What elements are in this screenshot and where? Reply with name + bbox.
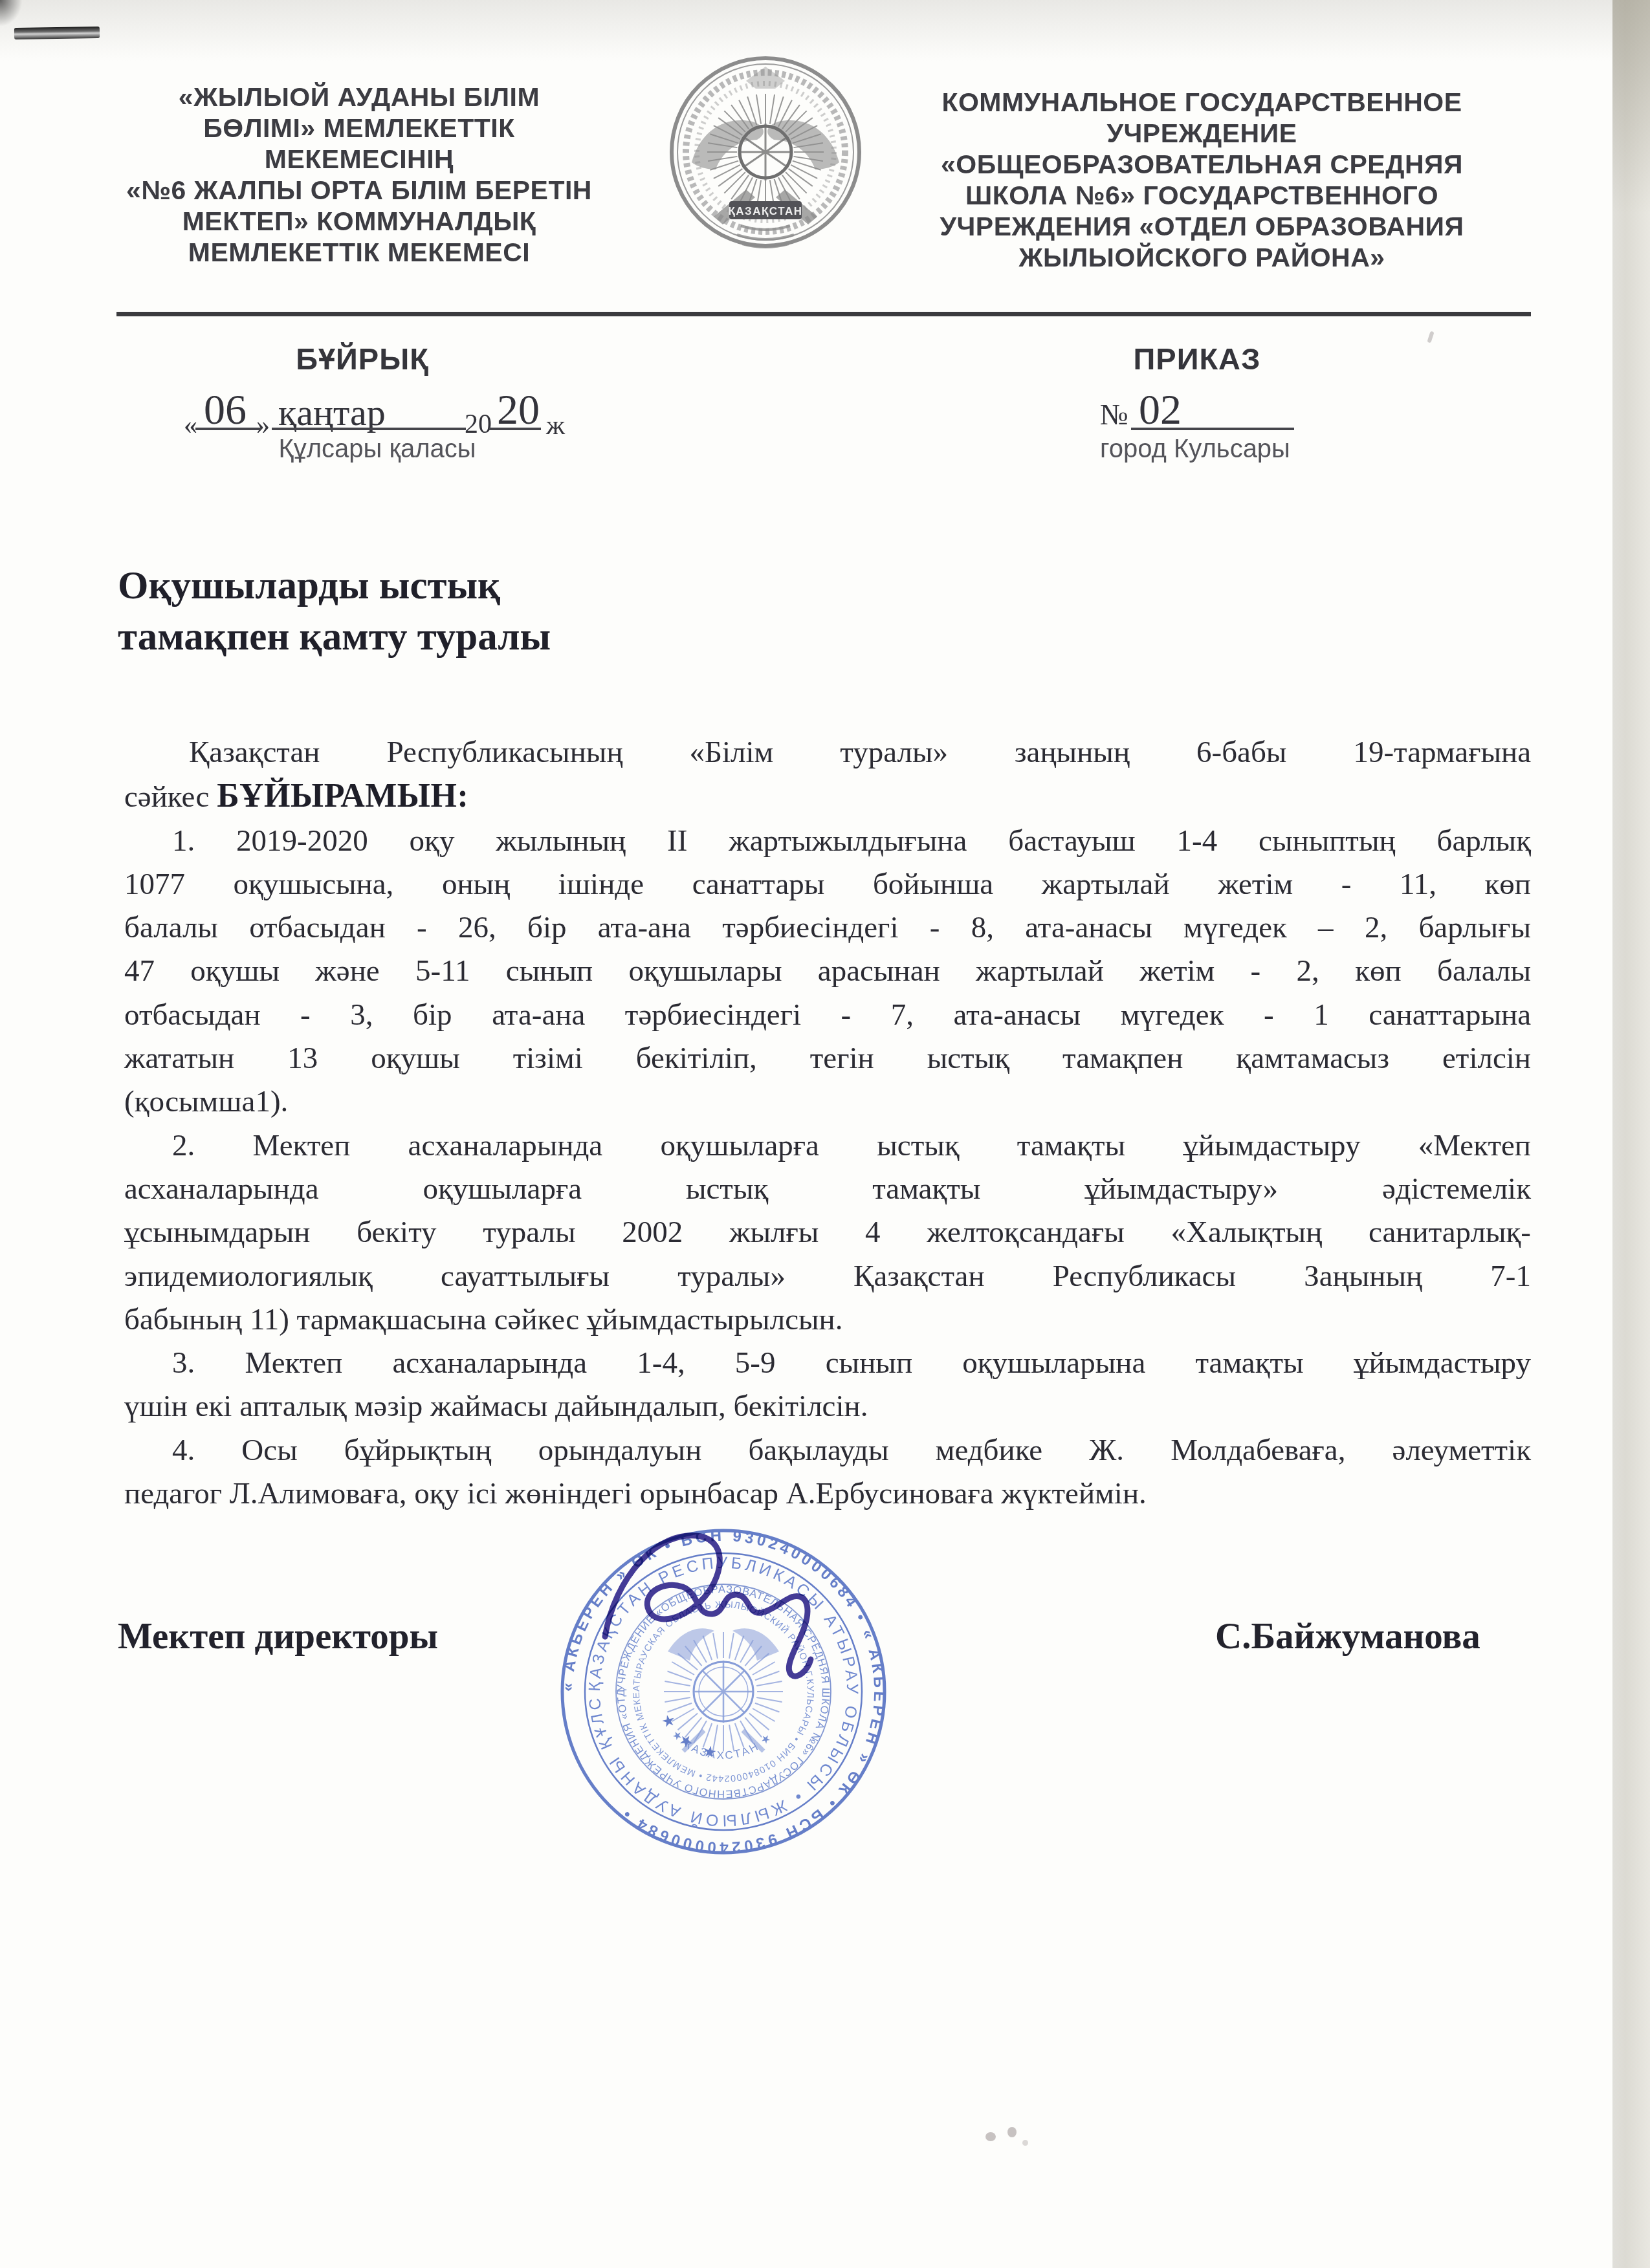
number-underline: [1131, 428, 1294, 430]
body-line: асханаларында оқушыларға ыстық тамақты ұ…: [124, 1168, 1531, 1211]
text-line: МЕКЕМЕСІНІҢ: [113, 144, 605, 175]
text-line: МЕМЛЕКЕТТІК МЕКЕМЕСІ: [113, 237, 605, 268]
signer-name: С.Байжуманова: [1215, 1615, 1480, 1657]
body-line: 1. 2019-2020 оқу жылының ІІ жартыжылдығы…: [124, 820, 1531, 863]
body-line: отбасыдан - 3, бір ата-ана тәрбиесіндегі…: [124, 994, 1531, 1037]
body-line: 2. Мектеп асханаларында оқушыларға ыстық…: [124, 1124, 1531, 1168]
text-line: Оқушыларды ыстық: [118, 560, 551, 611]
date-day-underline: [195, 428, 261, 430]
text-line: УЧРЕЖДЕНИЕ: [899, 118, 1504, 149]
handwritten-signature: [586, 1517, 844, 1711]
emblem-graphic: ҚАЗАҚСТАН: [668, 55, 863, 256]
body-line: (қосымша1).: [124, 1080, 1531, 1124]
place-label-russian: город Кульсары: [1100, 435, 1307, 464]
body-line: бабының 11) тармақшасына сәйкес ұйымдаст…: [124, 1298, 1531, 1342]
body-line: 1077 оқушысына, оның ішінде санаттары бо…: [124, 863, 1531, 906]
text-line: «ЖЫЛЫОЙ АУДАНЫ БІЛІМ: [113, 82, 605, 113]
scanned-order-document: «ЖЫЛЫОЙ АУДАНЫ БІЛІМБӨЛІМІ» МЕМЛЕКЕТТІКМ…: [0, 0, 1650, 2268]
signer-role-label: Мектеп директоры: [118, 1615, 438, 1657]
text-line: ШКОЛА №6» ГОСУДАРСТВЕННОГО: [899, 180, 1504, 211]
org-name-russian: КОММУНАЛЬНОЕ ГОСУДАРСТВЕННОЕУЧРЕЖДЕНИЕ«О…: [899, 87, 1504, 273]
text-line: КОММУНАЛЬНОЕ ГОСУДАРСТВЕННОЕ: [899, 87, 1504, 118]
kazakhstan-coat-of-arms: ҚАЗАҚСТАН: [668, 55, 863, 256]
scan-edge-right-dark: [1612, 0, 1650, 213]
body-line: Қазақстан Республикасының «Білім туралы»…: [124, 731, 1531, 774]
header-divider-rule: [116, 312, 1531, 316]
scan-speck: [1022, 2140, 1028, 2146]
date-year-underline: [489, 428, 541, 430]
date-quote-open: «: [184, 410, 197, 441]
order-heading-kazakh: БҰЙРЫҚ: [233, 341, 492, 376]
text-line: БӨЛІМІ» МЕМЛЕКЕТТІК: [113, 113, 605, 144]
body-line: жататын 13 оқушы тізімі бекітіліп, тегін…: [124, 1037, 1531, 1080]
staple-mark: [14, 27, 100, 39]
body-line: үшін екі апталық мәзір жаймасы дайындалы…: [124, 1385, 1531, 1428]
order-body-text: Қазақстан Республикасының «Білім туралы»…: [124, 731, 1531, 1516]
org-name-kazakh: «ЖЫЛЫОЙ АУДАНЫ БІЛІМБӨЛІМІ» МЕМЛЕКЕТТІКМ…: [113, 82, 605, 268]
text-line: УЧРЕЖДЕНИЯ «ОТДЕЛ ОБРАЗОВАНИЯ: [899, 211, 1504, 242]
body-line: сәйкес БҰЙЫРАМЫН:: [124, 774, 1531, 819]
text-line: тамақпен қамту туралы: [118, 611, 551, 662]
scan-shadow-top: [0, 0, 1612, 61]
scan-speck: [1007, 2127, 1017, 2137]
body-line: 47 оқушы және 5-11 сынып оқушылары арасы…: [124, 950, 1531, 993]
place-label-kazakh: Құлсары қаласы: [267, 435, 487, 464]
scan-corner-smudge: [0, 0, 22, 26]
body-line: балалы отбасыдан - 26, бір ата-ана тәрби…: [124, 906, 1531, 950]
date-month-underline: [272, 428, 466, 430]
body-line: эпидемиологиялық сауаттылығы туралы» Қаз…: [124, 1255, 1531, 1298]
emblem-banner-label: ҚАЗАҚСТАН: [728, 205, 802, 217]
body-line: 3. Мектеп асханаларында 1-4, 5-9 сынып о…: [124, 1342, 1531, 1385]
scan-speck: [985, 2132, 996, 2141]
text-line: ЖЫЛЫОЙСКОГО РАЙОНА»: [899, 242, 1504, 273]
scan-speck: [1427, 331, 1434, 343]
number-sign: №: [1100, 397, 1128, 431]
body-line: 4. Осы бұйрықтың орындалуын бақылауды ме…: [124, 1429, 1531, 1472]
text-line: «ОБЩЕОБРАЗОВАТЕЛЬНАЯ СРЕДНЯЯ: [899, 149, 1504, 180]
scan-edge-right: [1612, 0, 1650, 2268]
document-title: Оқушыларды ыстықтамақпен қамту туралы: [118, 560, 551, 662]
text-line: «№6 ЖАЛПЫ ОРТА БІЛІМ БЕРЕТІН: [113, 175, 605, 206]
order-heading-russian: ПРИКАЗ: [1068, 341, 1326, 376]
text-line: МЕКТЕП» КОММУНАЛДЫҚ: [113, 206, 605, 237]
emblem-shanyrak: [740, 124, 791, 180]
body-line: ұсынымдарын бекіту туралы 2002 жылғы 4 ж…: [124, 1211, 1531, 1254]
date-year-suffix: ж: [546, 410, 565, 441]
